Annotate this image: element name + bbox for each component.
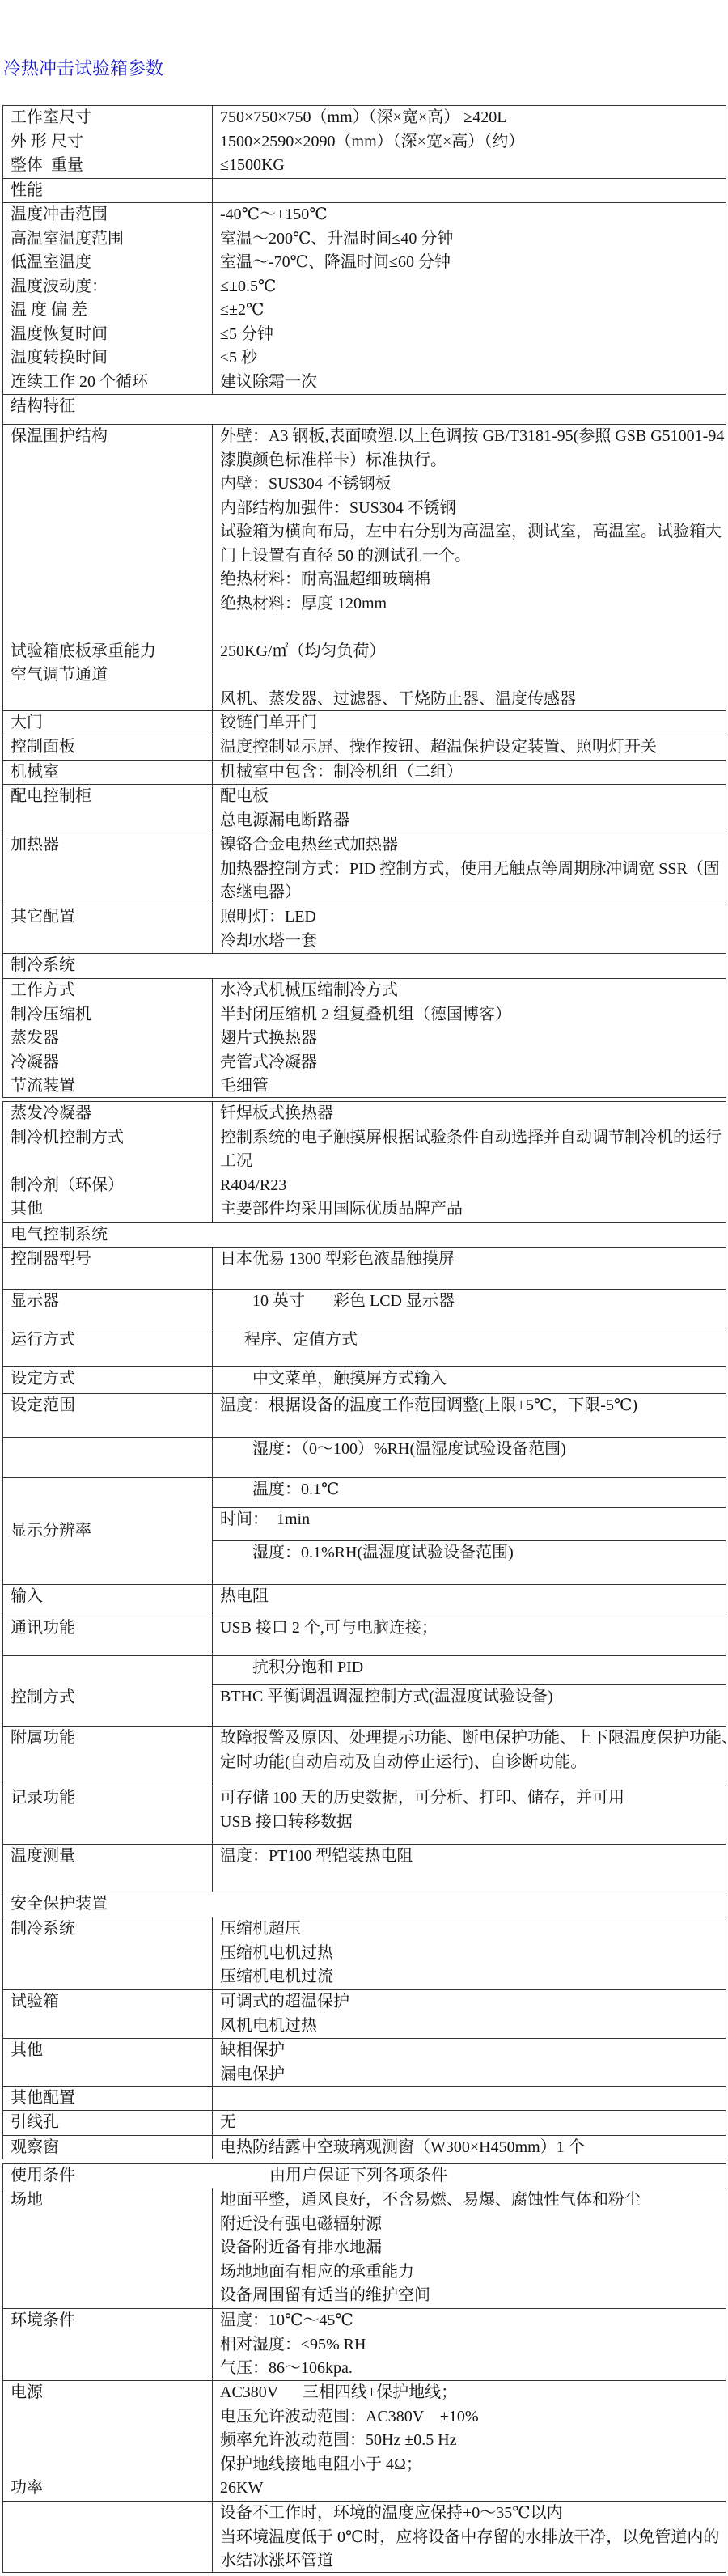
row-value: 设备不工作时，环境的温度应保持+0～35℃以内 [220,2502,726,2526]
row-performance: 温度冲击范围 高温室温度范围 低温室温度 温度波动度： 温 度 偏 差 温度恢复… [3,203,726,395]
row-value: 门上设置有直径 50 的测试孔一个。 [220,544,726,569]
label-cell: 保温围护结构 试验箱底板承重能力 空气调节通道 [3,425,213,710]
label-cell: 制冷系统 [3,1917,213,1989]
row-value: 室温～-70℃、降温时间≤60 分钟 [220,251,726,275]
sub-row: 湿度：0.1%RH(温湿度试验设备范围) [213,1541,726,1584]
value-cell: 照明灯：LED 冷却水塔一套 [213,905,726,953]
spacer [11,2405,212,2430]
row-communication: 通讯功能 USB 接口 2 个,可与电脑连接； [3,1616,726,1656]
row-cable-hole: 引线孔 无 [3,2111,726,2136]
row-label: 机械室 [11,761,212,785]
label-cell: 通讯功能 [3,1616,213,1655]
section-header-safety: 安全保护装置 [3,1892,726,1917]
row-value: 绝热材料：厚度 120mm [220,592,726,616]
value-cell: 铰链门单开门 [213,711,726,735]
row-value: 试验箱为横向布局，左中右分别为高温室，测试室，高温室。试验箱大 [220,520,726,544]
row-dimensions: 工作室尺寸 外 形 尺寸 整体 重量 750×750×750（mm）（深×宽×高… [3,106,726,179]
row-value: USB 接口 2 个,可与电脑连接； [220,1616,726,1641]
row-value: 地面平整，通风良好，不含易燃、易爆、腐蚀性气体和粉尘 [220,2188,726,2213]
row-label: 设定方式 [11,1367,212,1392]
full-cell: 制冷系统 [3,954,726,978]
row-value: 钎焊板式换热器 [220,1102,726,1126]
row-set-range: 设定范围 温度：根据设备的温度工作范围调整(上限+5℃，下限-5℃) [3,1394,726,1438]
value-cell: 机械室中包含：制冷机组（二组） [213,761,726,784]
row-run-mode: 运行方式 程序、定值方式 [3,1328,726,1367]
row-power-supply: 电源 功率 AC380V 三相四线+保护地线； 电压允许波动范围：AC380V … [3,2381,726,2502]
row-value: 时间： 1min [220,1508,726,1532]
label-cell: 其他配置 [3,2087,213,2110]
row-label: 高温室温度范围 [11,227,212,252]
row-label: 蒸发冷凝器 [11,1102,212,1126]
value-cell: 日本优易 1300 型彩色液晶触摸屏 [213,1248,726,1289]
row-label: 温度波动度： [11,275,212,299]
row-label: 设定范围 [11,1394,212,1418]
row-label: 温度冲击范围 [11,203,212,227]
row-value: 电压允许波动范围：AC380V ±10% [220,2405,726,2430]
label-cell: 性能 [3,179,213,202]
section-header-conditions: 使用条件 由用户保证下列各项条件 [3,2164,726,2188]
value-cell: 缺相保护 漏电保护 [213,2039,726,2086]
row-value: 总电源漏电断路器 [220,809,726,833]
label-cell: 大门 [3,711,213,735]
row-value: 态继电器） [220,881,726,905]
row-label: 显示分辨率 [11,1519,91,1544]
row-label: 温度恢复时间 [11,323,212,347]
row-door: 大门 铰链门单开门 [3,711,726,735]
value-cell: 温度控制显示屏、操作按钮、超温保护设定装置、照明灯开关 [213,735,726,760]
value-cell: 压缩机超压 压缩机电机过热 压缩机电机过流 [213,1917,726,1989]
row-value: 主要部件均采用国际优质品牌产品 [220,1197,726,1222]
label-cell: 其他 [3,2039,213,2086]
row-value: 附近没有强电磁辐射源 [220,2213,726,2237]
row-label: 制冷压缩机 [11,1003,212,1027]
row-distribution-cabinet: 配电控制柜 配电板 总电源漏电断路器 [3,785,726,833]
full-cell: 电气控制系统 [3,1223,726,1247]
row-value: 水结冰涨坏管道 [220,2549,726,2572]
value-cell: 温度：根据设备的温度工作范围调整(上限+5℃，下限-5℃) [213,1394,726,1437]
row-value: 半封闭压缩机 2 组复叠机组（德国博客） [220,1003,726,1027]
row-label: 控制面板 [11,735,212,760]
row-label: 其他配置 [11,2087,212,2111]
row-value: 加热器控制方式：PID 控制方式，使用无触点等周期脉冲调宽 SSR（固 [220,858,726,882]
value-cell: 无 [213,2111,726,2135]
row-value: 抗积分饱和 PID [220,1656,726,1680]
label-cell: 电源 功率 [3,2381,213,2501]
row-label: 引线孔 [11,2111,212,2135]
row-label: 试验箱底板承重能力 [11,640,212,664]
row-value: 镍铬合金电热丝式加热器 [220,833,726,858]
label-cell: 场地 [3,2188,213,2308]
spacer [11,449,212,640]
row-value: 控制系统的电子触摸屏根据试验条件自动选择并自动调节制冷机的运行 [220,1126,726,1150]
row-label: 空气调节通道 [11,663,212,688]
label-cell: 运行方式 [3,1328,213,1366]
value-cell: 故障报警及原因、处理提示功能、断电保护功能、上下限温度保护功能、 定时功能(自动… [213,1727,726,1786]
label-cell: 设定方式 [3,1367,213,1393]
row-label: 低温室温度 [11,251,212,275]
spacer [11,2429,212,2453]
value-cell: 可存储 100 天的历史数据，可分析、打印、储存，并可用 USB 接口转移数据 [213,1786,726,1844]
row-value: 压缩机超压 [220,1917,726,1942]
label-cell: 控制器型号 [3,1248,213,1289]
section-title: 制冷系统 [11,954,726,978]
row-value: AC380V 三相四线+保护地线； [220,2381,726,2405]
row-storage-notes: 设备不工作时，环境的温度应保持+0～35℃以内 当环境温度低于 0℃时，应将设备… [3,2502,726,2573]
row-label: 附属功能 [11,1727,212,1751]
row-label: 加热器 [11,833,212,858]
spacer [220,663,726,688]
row-machine-room: 机械室 机械室中包含：制冷机组（二组） [3,761,726,785]
row-value: 绝热材料：耐高温超细玻璃棉 [220,568,726,592]
section-note: 由用户保证下列各项条件 [269,2164,447,2188]
row-value: 无 [220,2111,726,2135]
row-value: 配电板 [220,785,726,809]
row-value: ≤±0.5℃ [220,275,726,299]
row-other-config: 其它配置 照明灯：LED 冷却水塔一套 [3,905,726,954]
row-set-range-humidity: 湿度：（0～100）%RH(温湿度试验设备范围) [3,1438,726,1478]
row-value: 定时功能(自动启动及自动停止运行)、自诊断功能。 [220,1751,726,1775]
label-cell [3,1438,213,1477]
row-value: 铰链门单开门 [220,711,726,735]
label-cell: 其它配置 [3,905,213,953]
row-value: 1500×2590×2090（mm）（深×宽×高）（约） [220,130,726,155]
value-cell: 温度：PT100 型铠装热电阻 [213,1845,726,1892]
row-value: ≤5 分钟 [220,323,726,347]
row-value: 温度：10℃～45℃ [220,2309,726,2333]
row-label: 制冷剂（环保） [11,1174,212,1198]
row-label: 工作室尺寸 [11,106,212,130]
row-value: 故障报警及原因、处理提示功能、断电保护功能、上下限温度保护功能、 [220,1727,726,1751]
row-value: 内部结构加强件：SUS304 不锈钢 [220,497,726,521]
row-label: 环境条件 [11,2309,212,2333]
row-safety-refrigeration: 制冷系统 压缩机超压 压缩机电机过热 压缩机电机过流 [3,1917,726,1990]
value-cell: 中文菜单，触摸屏方式输入 [213,1367,726,1393]
label-cell: 工作室尺寸 外 形 尺寸 整体 重量 [3,106,213,178]
full-cell: 结构特征 [3,395,726,424]
row-controller-model: 控制器型号 日本优易 1300 型彩色液晶触摸屏 [3,1248,726,1290]
row-value: 风机电机过热 [220,2015,726,2039]
row-value: 中文菜单，触摸屏方式输入 [220,1367,726,1392]
row-label: 温 度 偏 差 [11,299,212,323]
row-label: 连续工作 20 个循环 [11,371,212,395]
label-cell: 配电控制柜 [3,785,213,833]
section-title: 结构特征 [11,395,726,419]
row-label: 试验箱 [11,1990,212,2015]
row-value: 热电阻 [220,1585,726,1609]
row-value: 漏电保护 [220,2063,726,2087]
row-other-configuration: 其他配置 [3,2087,726,2111]
row-value: 漆膜颜色标准样卡）标准执行。 [220,449,726,473]
value-cell: 抗积分饱和 PID BTHC 平衡调温调湿控制方式(温湿度试验设备) [213,1656,726,1726]
sub-row: BTHC 平衡调温调湿控制方式(温湿度试验设备) [213,1685,726,1726]
row-label: 显示器 [11,1290,212,1314]
row-value: 气压：86～106kpa. [220,2357,726,2380]
section-title: 电气控制系统 [11,1223,726,1248]
row-value: 温度：根据设备的温度工作范围调整(上限+5℃，下限-5℃) [220,1394,726,1418]
row-value: 26KW [220,2476,726,2501]
full-cell: 安全保护装置 [3,1892,726,1917]
row-observation-window: 观察窗 电热防结露中空玻璃观测窗（W300×H450mm）1 个 [3,2136,726,2159]
row-value: 设备周围留有适当的维护空间 [220,2284,726,2308]
section-header-refrigeration: 制冷系统 [3,954,726,979]
row-value: 照明灯：LED [220,905,726,930]
row-value: 湿度：0.1%RH(温湿度试验设备范围) [220,1541,726,1566]
sub-row: 温度：0.1℃ [213,1478,726,1508]
row-value: 当环境温度低于 0℃时，应将设备中存留的水排放干净，以免管道内的 [220,2526,726,2550]
row-label: 温度转换时间 [11,346,212,371]
label-cell: 显示器 [3,1290,213,1328]
value-cell: 750×750×750（mm）（深×宽×高） ≥420L 1500×2590×2… [213,106,726,178]
value-cell: 钎焊板式换热器 控制系统的电子触摸屏根据试验条件自动选择并自动调节制冷机的运行 … [213,1102,726,1222]
row-value: 温度控制显示屏、操作按钮、超温保护设定装置、照明灯开关 [220,735,726,760]
row-control-mode: 控制方式 抗积分饱和 PID BTHC 平衡调温调湿控制方式(温湿度试验设备) [3,1656,726,1727]
row-label: 控制方式 [11,1686,75,1710]
label-cell: 蒸发冷凝器 制冷机控制方式 制冷剂（环保） 其他 [3,1102,213,1222]
row-label: 其他 [11,1197,212,1222]
value-cell: 温度：10℃～45℃ 相对湿度：≤95% RH 气压：86～106kpa. [213,2309,726,2380]
row-value: USB 接口转移数据 [220,1811,726,1835]
row-environment: 环境条件 温度：10℃～45℃ 相对湿度：≤95% RH 气压：86～106kp… [3,2309,726,2381]
row-label: 制冷系统 [11,1917,212,1942]
row-value: -40℃～+150℃ [220,203,726,227]
label-cell: 机械室 [3,761,213,784]
value-cell: 热电阻 [213,1585,726,1616]
spec-table-1: 工作室尺寸 外 形 尺寸 整体 重量 750×750×750（mm）（深×宽×高… [2,105,726,1098]
spec-table-2: 蒸发冷凝器 制冷机控制方式 制冷剂（环保） 其他 钎焊板式换热器 控制系统的电子… [2,1101,726,2159]
row-label: 其它配置 [11,905,212,930]
row-value: 翅片式换热器 [220,1027,726,1051]
row-value: 电热防结露中空玻璃观测窗（W300×H450mm）1 个 [220,2136,726,2159]
row-insulation: 保温围护结构 试验箱底板承重能力 空气调节通道 外壁：A3 钢板,表面喷塑.以上… [3,425,726,711]
spec-table-3: 使用条件 由用户保证下列各项条件 场地 地面平整，通风良好，不含易燃、易爆、腐蚀… [2,2163,726,2573]
row-label: 整体 重量 [11,154,212,178]
row-value: 相对湿度：≤95% RH [220,2333,726,2358]
page-title: 冷热冲击试验箱参数 [3,57,163,82]
section-header-performance: 性能 [3,179,726,203]
row-value: 10 英寸 彩色 LCD 显示器 [220,1290,726,1314]
row-label: 通讯功能 [11,1616,212,1641]
row-value: ≤1500KG [220,154,726,178]
label-cell: 温度冲击范围 高温室温度范围 低温室温度 温度波动度： 温 度 偏 差 温度恢复… [3,203,213,394]
row-value: 壳管式冷凝器 [220,1051,726,1075]
label-cell: 显示分辨率 [3,1478,213,1584]
label-cell: 观察窗 [3,2136,213,2159]
row-label: 工作方式 [11,979,212,1003]
value-cell: 配电板 总电源漏电断路器 [213,785,726,833]
section-header-structure: 结构特征 [3,395,726,425]
section-title: 安全保护装置 [11,1892,726,1917]
row-value: 温度：PT100 型铠装热电阻 [220,1845,726,1869]
sub-row: 抗积分饱和 PID [213,1656,726,1685]
row-value: 缺相保护 [220,2039,726,2063]
row-label: 输入 [11,1585,212,1609]
row-label: 功率 [11,2476,212,2501]
row-value: 室温～200℃、升温时间≤40 分钟 [220,227,726,252]
row-value: 水冷式机械压缩制冷方式 [220,979,726,1003]
value-cell [213,2087,726,2110]
row-refrigeration: 工作方式 制冷压缩机 蒸发器 冷凝器 节流装置 水冷式机械压缩制冷方式 半封闭压… [3,979,726,1098]
row-auxiliary: 附属功能 故障报警及原因、处理提示功能、断电保护功能、上下限温度保护功能、 定时… [3,1727,726,1786]
row-value: 毛细管 [220,1074,726,1097]
spacer [11,1150,212,1174]
label-cell: 引线孔 [3,2111,213,2135]
value-cell: 温度：0.1℃ 时间： 1min 湿度：0.1%RH(温湿度试验设备范围) [213,1478,726,1584]
row-value: ≤±2℃ [220,299,726,323]
row-label: 保温围护结构 [11,425,212,449]
value-cell: 设备不工作时，环境的温度应保持+0～35℃以内 当环境温度低于 0℃时，应将设备… [213,2502,726,2572]
row-label: 控制器型号 [11,1248,212,1272]
row-safety-chamber: 试验箱 可调式的超温保护 风机电机过热 [3,1990,726,2039]
row-value: 频率允许波动范围：50Hz ±0.5 Hz [220,2429,726,2453]
row-label: 其他 [11,2039,212,2063]
row-value: 压缩机电机过流 [220,1965,726,1989]
label-cell: 工作方式 制冷压缩机 蒸发器 冷凝器 节流装置 [3,979,213,1097]
value-cell: 湿度：（0～100）%RH(温湿度试验设备范围) [213,1438,726,1477]
row-label: 记录功能 [11,1786,212,1811]
row-value: 可存储 100 天的历史数据，可分析、打印、储存，并可用 [220,1786,726,1811]
full-cell: 使用条件 由用户保证下列各项条件 [3,2164,726,2188]
row-value: 程序、定值方式 [220,1328,726,1353]
row-value: 冷却水塔一套 [220,930,726,954]
row-refrigeration-continued: 蒸发冷凝器 制冷机控制方式 制冷剂（环保） 其他 钎焊板式换热器 控制系统的电子… [3,1102,726,1223]
value-cell: USB 接口 2 个,可与电脑连接； [213,1616,726,1655]
row-value: BTHC 平衡调温调湿控制方式(温湿度试验设备) [220,1685,726,1710]
row-label: 场地 [11,2188,212,2213]
row-value: 250KG/㎡（均匀负荷） [220,640,726,664]
row-label: 制冷机控制方式 [11,1126,212,1150]
value-cell: 镍铬合金电热丝式加热器 加热器控制方式：PID 控制方式，使用无触点等周期脉冲调… [213,833,726,905]
label-cell: 设定范围 [3,1394,213,1437]
label-cell: 控制方式 [3,1656,213,1726]
row-display-resolution: 显示分辨率 温度：0.1℃ 时间： 1min 湿度：0.1%RH(温湿度试验设备… [3,1478,726,1585]
row-temp-measurement: 温度测量 温度：PT100 型铠装热电阻 [3,1845,726,1892]
row-label: 大门 [11,711,212,735]
row-value: 场地地面有相应的承重能力 [220,2260,726,2285]
row-recording: 记录功能 可存储 100 天的历史数据，可分析、打印、储存，并可用 USB 接口… [3,1786,726,1845]
row-control-panel: 控制面板 温度控制显示屏、操作按钮、超温保护设定装置、照明灯开关 [3,735,726,761]
value-cell: 水冷式机械压缩制冷方式 半封闭压缩机 2 组复叠机组（德国博客） 翅片式换热器 … [213,979,726,1097]
spacer [220,616,726,640]
row-label: 蒸发器 [11,1027,212,1051]
row-value: 外壁：A3 钢板,表面喷塑.以上色调按 GB/T3181-95(参照 GSB G… [220,425,726,449]
row-value: 工况 [220,1150,726,1174]
row-value: 保护地线接地电阻小于 4Ω； [220,2453,726,2477]
label-cell: 试验箱 [3,1990,213,2038]
label-cell: 控制面板 [3,735,213,760]
row-label: 温度测量 [11,1845,212,1869]
row-safety-other: 其他 缺相保护 漏电保护 [3,2039,726,2087]
label-cell: 环境条件 [3,2309,213,2380]
row-value: 内壁：SUS304 不锈钢板 [220,472,726,497]
row-value: R404/R23 [220,1174,726,1198]
row-label: 电源 [11,2381,212,2405]
row-display: 显示器 10 英寸 彩色 LCD 显示器 [3,1290,726,1328]
label-cell: 附属功能 [3,1727,213,1786]
value-cell: 10 英寸 彩色 LCD 显示器 [213,1290,726,1328]
row-label: 冷凝器 [11,1051,212,1075]
value-cell: 外壁：A3 钢板,表面喷塑.以上色调按 GB/T3181-95(参照 GSB G… [213,425,726,710]
value-cell [213,179,726,202]
row-label: 配电控制柜 [11,785,212,809]
sub-row: 时间： 1min [213,1508,726,1541]
value-cell: 程序、定值方式 [213,1328,726,1366]
section-title: 性能 [11,179,212,203]
value-cell: 电热防结露中空玻璃观测窗（W300×H450mm）1 个 [213,2136,726,2159]
row-input: 输入 热电阻 [3,1585,726,1616]
value-cell: -40℃～+150℃ 室温～200℃、升温时间≤40 分钟 室温～-70℃、降温… [213,203,726,394]
value-cell: 可调式的超温保护 风机电机过热 [213,1990,726,2038]
row-value: 可调式的超温保护 [220,1990,726,2015]
spacer [11,2453,212,2477]
row-value: ≤5 秒 [220,346,726,371]
row-label: 观察窗 [11,2136,212,2160]
row-value: 湿度：（0～100）%RH(温湿度试验设备范围) [220,1438,726,1462]
label-cell: 加热器 [3,833,213,905]
row-value: 压缩机电机过热 [220,1942,726,1966]
row-label: 外 形 尺寸 [11,130,212,155]
label-cell: 温度测量 [3,1845,213,1892]
label-cell: 输入 [3,1585,213,1616]
row-value: 日本优易 1300 型彩色液晶触摸屏 [220,1248,726,1272]
value-cell: AC380V 三相四线+保护地线； 电压允许波动范围：AC380V ±10% 频… [213,2381,726,2501]
row-label: 节流装置 [11,1074,212,1099]
row-value: 温度：0.1℃ [220,1478,726,1502]
value-cell: 地面平整，通风良好，不含易燃、易爆、腐蚀性气体和粉尘 附近没有强电磁辐射源 设备… [213,2188,726,2308]
row-site: 场地 地面平整，通风良好，不含易燃、易爆、腐蚀性气体和粉尘 附近没有强电磁辐射源… [3,2188,726,2309]
row-heater: 加热器 镍铬合金电热丝式加热器 加热器控制方式：PID 控制方式，使用无触点等周… [3,833,726,905]
row-value: 机械室中包含：制冷机组（二组） [220,761,726,784]
row-value: 风机、蒸发器、过滤器、干烧防止器、温度传感器 [220,688,726,711]
row-set-mode: 设定方式 中文菜单，触摸屏方式输入 [3,1367,726,1394]
label-cell: 记录功能 [3,1786,213,1844]
label-cell [3,2502,213,2572]
section-header-electrical: 电气控制系统 [3,1223,726,1248]
row-value: 设备附近备有排水地漏 [220,2236,726,2260]
row-value: 建议除霜一次 [220,371,726,395]
row-value: 750×750×750（mm）（深×宽×高） ≥420L [220,106,726,130]
row-label: 运行方式 [11,1328,212,1353]
